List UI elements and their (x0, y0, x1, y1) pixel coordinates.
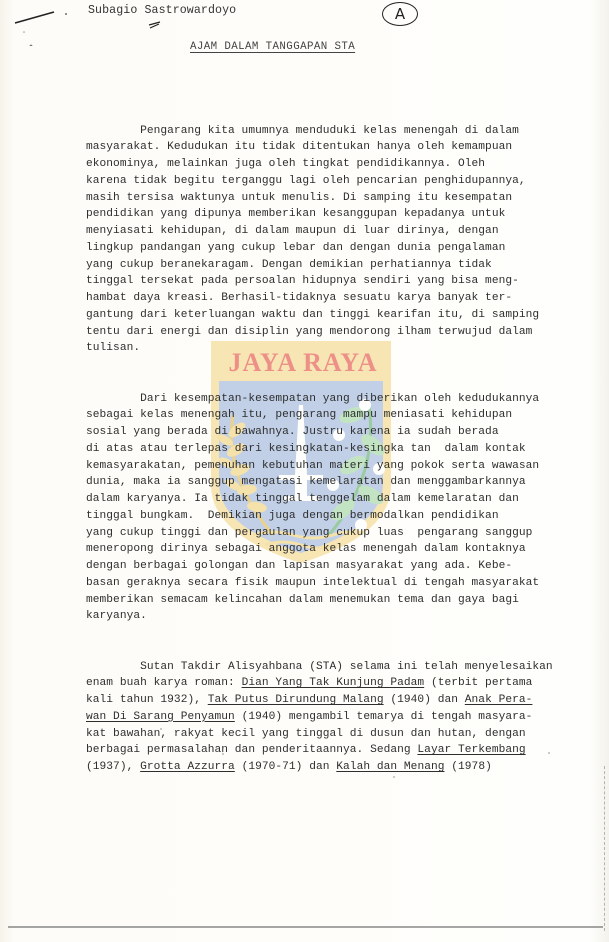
text-line: Sutan Takdir Alisyahbana (STA) selama in… (86, 659, 586, 676)
text-line: kali tahun 1932), Tak Putus Dirundung Ma… (86, 692, 586, 709)
book-title: Tak Putus Dirundung Malang (208, 694, 384, 706)
text-line: wan Di Sarang Penyamun (1940) mengambil … (86, 709, 586, 726)
text-segment: enam buah karya roman: (86, 677, 242, 689)
text-segment: berbagai permasalahan dan penderitaannya… (86, 744, 417, 756)
author-name: Subagio Sastrowardoyo (88, 4, 236, 17)
text-line: sosial yang berada di bawahnya. Justru k… (86, 424, 586, 441)
document-title: AJAM DALAM TANGGAPAN STA (190, 41, 355, 53)
text-segment: kat bawahan, rakyat kecil yang tinggal d… (86, 728, 526, 740)
text-line: dengan berbagai golongan dan lapisan mas… (86, 558, 586, 575)
paragraph-2: Dari kesempatan-kesempatan yang diberika… (86, 391, 586, 626)
document-page: Subagio Sastrowardoyo A AJAM DALAM TANGG… (0, 0, 609, 942)
text-segment: (1940) dan (384, 694, 465, 706)
text-line: sebagai kelas menengah itu, pengarang ma… (86, 407, 586, 424)
text-line: yang cukup beranekaragam. Dengan demikia… (86, 257, 586, 274)
handwritten-tick-mark (148, 21, 162, 29)
text-line: memberikan semacam kelincahan dalam mene… (86, 592, 586, 609)
paper-speck (393, 776, 395, 778)
text-line: di atas atau terlepas dari kesingkatan-k… (86, 441, 586, 458)
text-line: pendidikan yang dipunya memberikan kesan… (86, 206, 586, 223)
text-segment: kali tahun 1932), (86, 694, 208, 706)
page-right-edge (604, 766, 606, 931)
text-line: Dari kesempatan-kesempatan yang diberika… (86, 391, 586, 408)
text-segment: Sutan Takdir Alisyahbana (STA) selama in… (86, 661, 553, 673)
text-line: dalam karyanya. Ia tidak tinggal tenggel… (86, 491, 586, 508)
text-segment: (terbit pertama (424, 677, 532, 689)
text-line: enam buah karya roman: Dian Yang Tak Kun… (86, 675, 586, 692)
document-body: Pengarang kita umumnya menduduki kelas m… (86, 89, 586, 809)
text-line: menyiasati kehidupan, di dalam maupun di… (86, 223, 586, 240)
text-line: masih tersisa waktunya untuk menulis. Di… (86, 190, 586, 207)
book-title: wan Di Sarang Penyamun (86, 711, 235, 723)
text-line: meneropong dirinya sebagai anggota kelas… (86, 541, 586, 558)
text-line: masyarakat. Kedudukan itu tidak ditentuk… (86, 139, 586, 156)
text-line: karyanya. (86, 608, 586, 625)
circled-label: A (382, 2, 418, 26)
page-bottom-edge (8, 926, 603, 928)
text-segment: (1937), (86, 761, 140, 773)
paragraph-1: Pengarang kita umumnya menduduki kelas m… (86, 123, 586, 358)
pen-stroke-mark (12, 6, 72, 46)
book-title: Dian Yang Tak Kunjung Padam (242, 677, 425, 689)
text-line: Pengarang kita umumnya menduduki kelas m… (86, 123, 586, 140)
text-segment: (1970-71) dan (235, 761, 336, 773)
paper-speck (548, 752, 550, 754)
text-line: ekonominya, melainkan juga oleh tingkat … (86, 156, 586, 173)
text-line: yang cukup tinggi dan pergaulan yang cuk… (86, 525, 586, 542)
text-segment: (1940) mengambil temarya di tengah masya… (235, 711, 533, 723)
text-line: lingkup pandangan yang cukup lebar dan d… (86, 240, 586, 257)
text-line: kemasyarakatan, pemenuhan kebutuhan mate… (86, 458, 586, 475)
text-line: tinggal tersekat pada persoalan hidupnya… (86, 273, 586, 290)
paragraph-3: Sutan Takdir Alisyahbana (STA) selama in… (86, 659, 586, 776)
book-title: Kalah dan Menang (336, 761, 444, 773)
text-line: tinggal bungkam. Demikian juga dengan be… (86, 508, 586, 525)
text-line: gantung dari keterluangan waktu dan ting… (86, 307, 586, 324)
book-title: Grotta Azzurra (140, 761, 235, 773)
text-line: (1937), Grotta Azzurra (1970-71) dan Kal… (86, 759, 586, 776)
book-title: Layar Terkembang (417, 744, 525, 756)
book-title: Anak Pera- (465, 694, 533, 706)
text-line: tulisan. (86, 340, 586, 357)
text-line: basan geraknya secara fisik maupun intel… (86, 575, 586, 592)
text-line: karena tidak begitu terganggu lagi oleh … (86, 173, 586, 190)
text-line: tentu dari energi dan disiplin yang mend… (86, 324, 586, 341)
text-line: dunia, maka ia sanggup mengatasi kemelar… (86, 474, 586, 491)
text-line: berbagai permasalahan dan penderitaannya… (86, 742, 586, 759)
paper-speck (160, 728, 162, 730)
text-line: hambat daya kreasi. Berhasil-tidaknya se… (86, 290, 586, 307)
text-segment: (1978) (445, 761, 492, 773)
paper-speck (222, 753, 224, 755)
